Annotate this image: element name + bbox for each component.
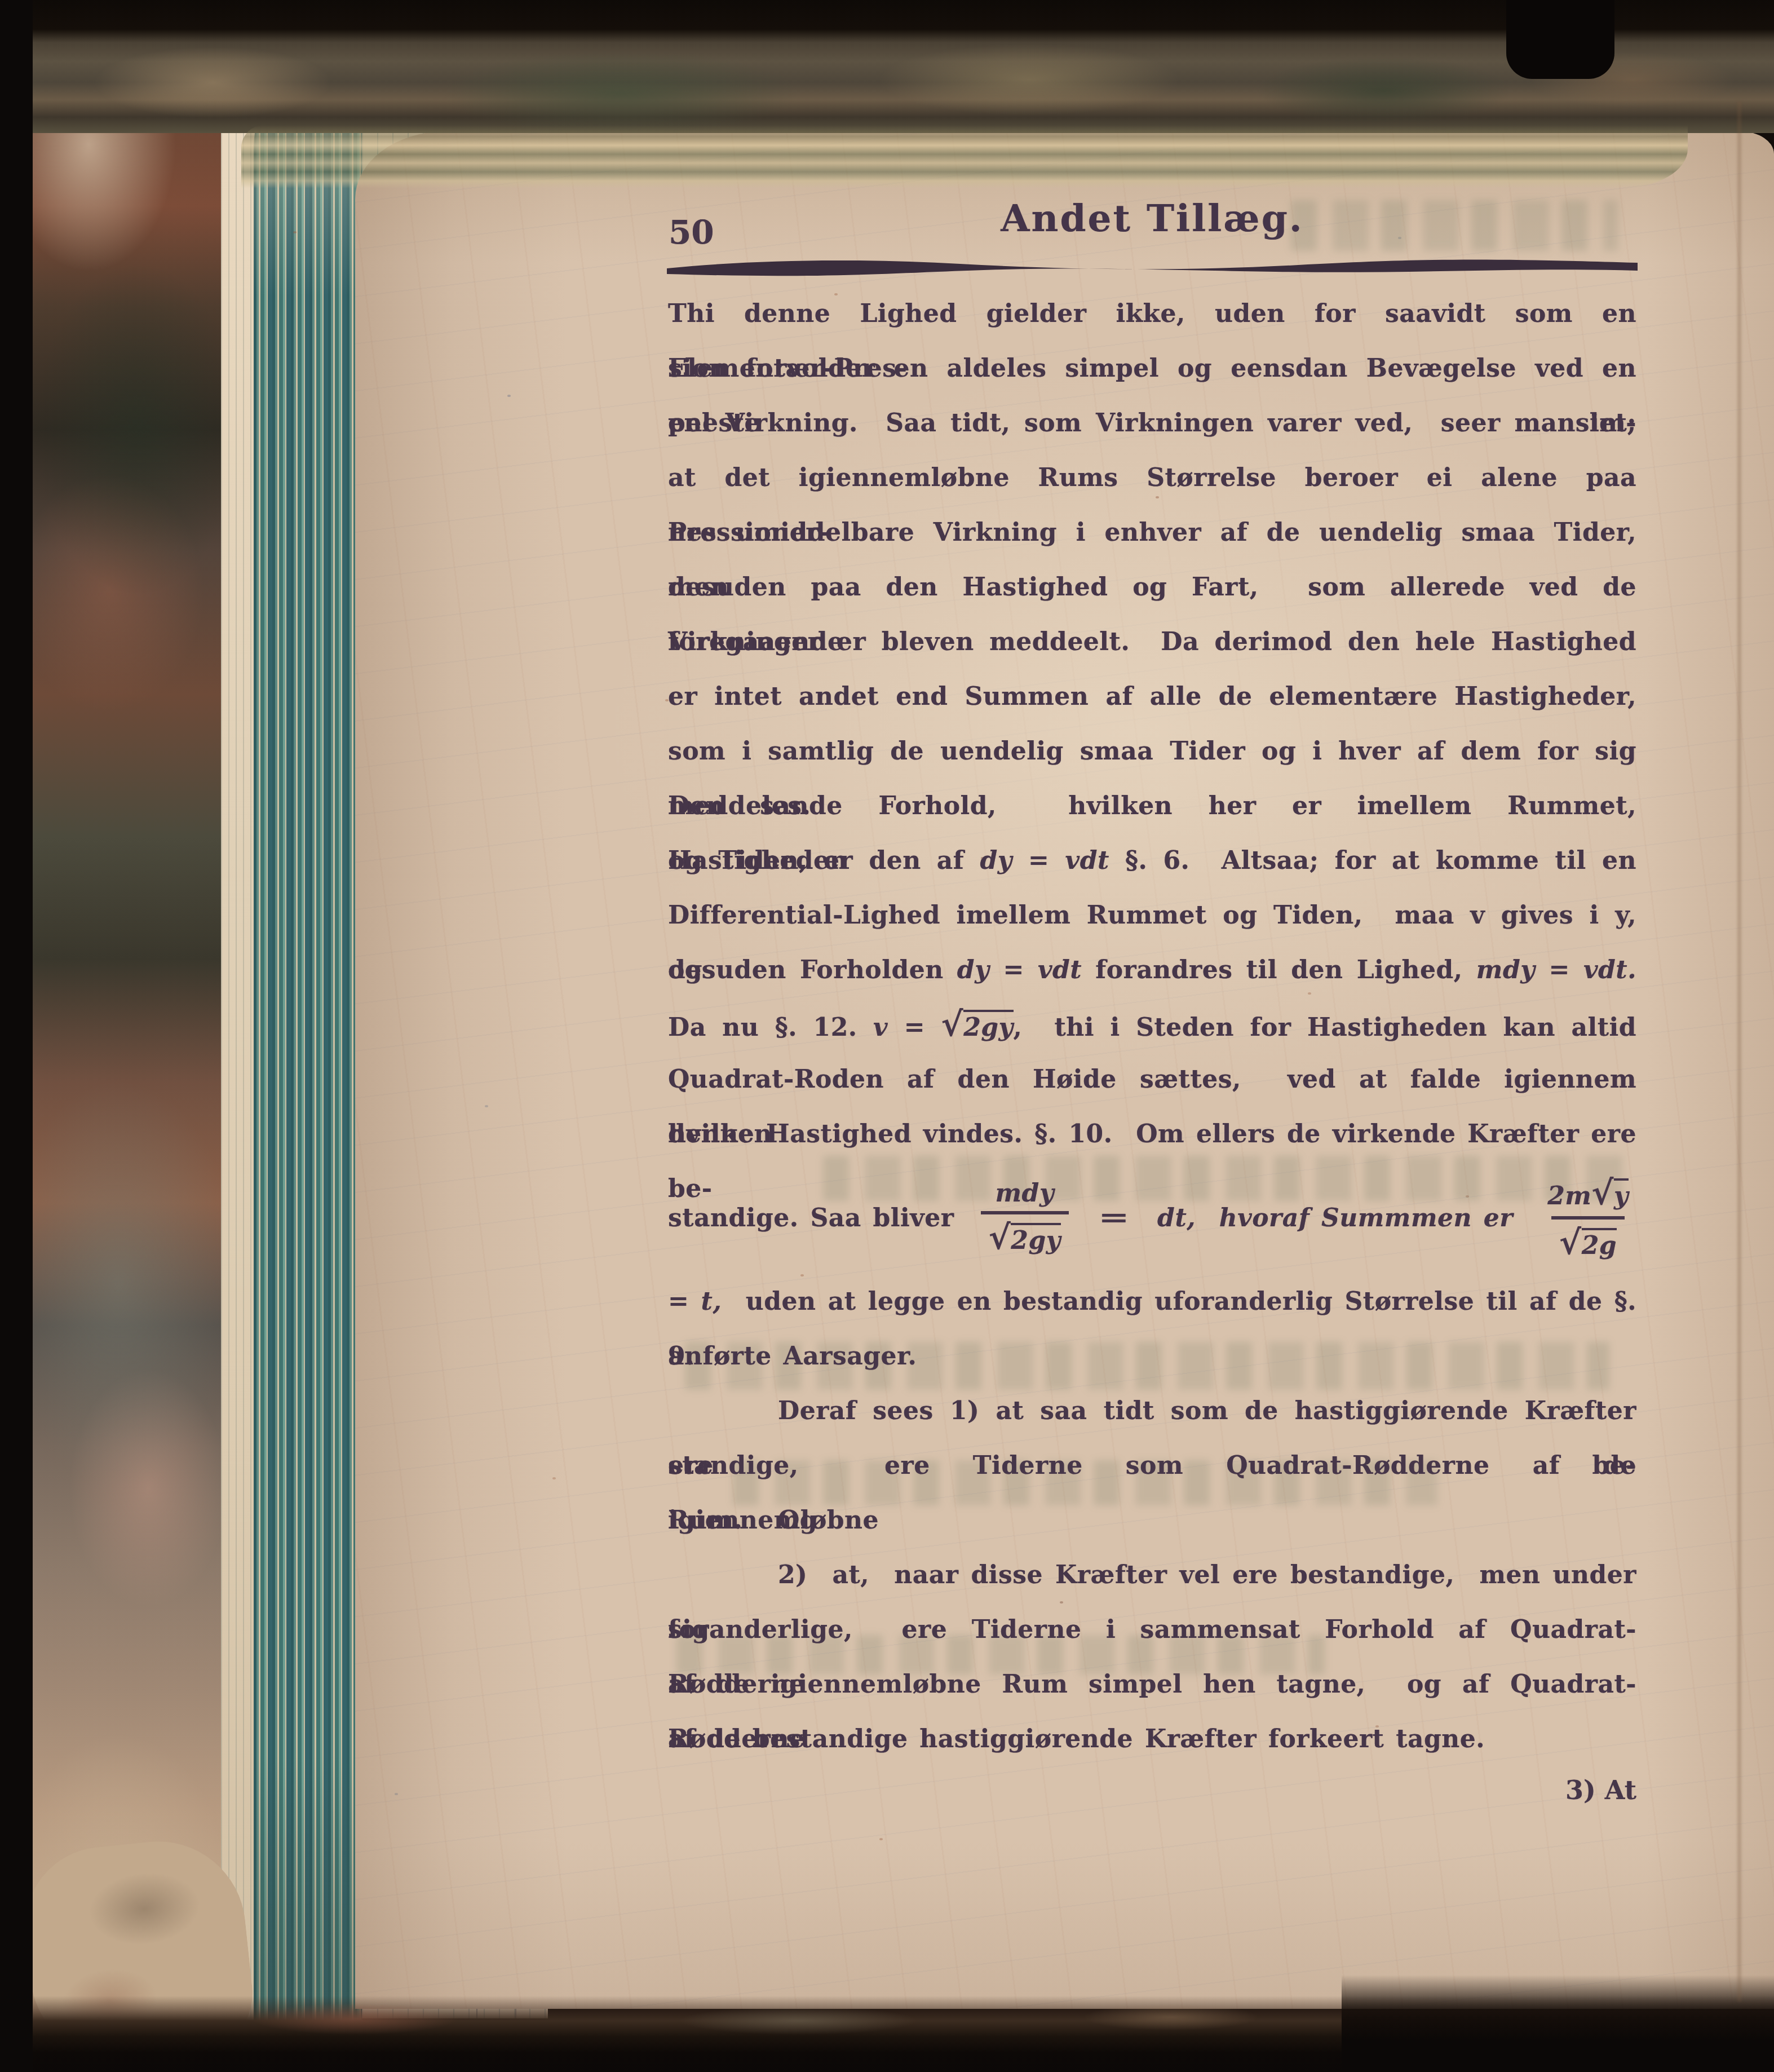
body-line-6: desuden paa den Hastighed og Fart, som a… bbox=[668, 560, 1636, 615]
radical-icon: √ bbox=[1591, 1173, 1614, 1213]
body-text: Thi denne Lighed gielder ikke, uden for … bbox=[668, 286, 1636, 1766]
inline-math: v = bbox=[873, 1013, 941, 1042]
bottom-right-shadow bbox=[1342, 1967, 1774, 2072]
catchword: 3) At bbox=[668, 1775, 1636, 1805]
body-line-10: Den sande Forhold, hvilken her er imelle… bbox=[668, 779, 1636, 833]
formula-mid-text: dt, hvoraf Summmen er bbox=[1157, 1204, 1513, 1232]
body-line-20: Deraf sees 1) at saa tidt som de hastigg… bbox=[668, 1384, 1636, 1438]
equals-sign: = bbox=[1098, 1204, 1127, 1232]
body-line-19: anførte Aarsager. bbox=[668, 1329, 1636, 1384]
radicand: 2gy bbox=[1011, 1223, 1060, 1255]
fraction-numerator: 2m√y bbox=[1539, 1173, 1636, 1216]
sqrt-expression: √y bbox=[1591, 1182, 1629, 1210]
body-line-4: at det igiennemløbne Rums Størrelse bero… bbox=[668, 450, 1636, 505]
body-line-22: Rum. Og bbox=[668, 1493, 1636, 1548]
fraction-mdy-over-sqrt2gy: mdy √2gy bbox=[981, 1179, 1069, 1257]
body-line-12: Differential-Lighed imellem Rummet og Ti… bbox=[668, 888, 1636, 943]
line-text: Virkninger er bleven meddeelt. Da derimo… bbox=[668, 628, 1636, 656]
line-text: , thi i Steden for Hastigheden kan altid bbox=[1014, 1013, 1636, 1042]
radicand: 2gy bbox=[963, 1010, 1013, 1042]
body-line-5: nes umiddelbare Virkning i enhver af de … bbox=[668, 505, 1636, 560]
fraction-denominator: √2g bbox=[1551, 1216, 1625, 1262]
running-header: Andet Tillæg. bbox=[668, 196, 1636, 240]
line-text: af de bestandige hastiggiørende Kræfter … bbox=[668, 1725, 1485, 1753]
body-line-18: = t, uden at legge en bestandig uforande… bbox=[668, 1274, 1636, 1329]
page-top-edge-streaks bbox=[241, 125, 1688, 188]
radical-icon: √ bbox=[941, 1005, 964, 1044]
radicand: y bbox=[1614, 1178, 1629, 1210]
body-line-15: Quadrat-Roden af den Høide sættes, ved a… bbox=[668, 1052, 1636, 1107]
inline-math: dy = vdt bbox=[980, 846, 1109, 875]
line-text: desuden Forholden bbox=[668, 956, 957, 984]
body-line-7: Virkninger er bleven meddeelt. Da derimo… bbox=[668, 615, 1636, 669]
fraction-denominator: √2gy bbox=[981, 1211, 1069, 1257]
marbled-cover-edge bbox=[29, 23, 228, 2058]
body-line-2: sion forvolder en aldeles simpel og eens… bbox=[668, 341, 1636, 396]
body-line-24: foranderlige, ere Tiderne i sammensat Fo… bbox=[668, 1602, 1636, 1657]
coefficient: 2m bbox=[1547, 1182, 1591, 1210]
top-right-dark-nick bbox=[1506, 0, 1614, 79]
body-line-3: pel Virkning. Saa tidt, som Virkningen v… bbox=[668, 396, 1636, 450]
fraction-2msqrty-over-sqrt2g: 2m√y √2g bbox=[1539, 1173, 1636, 1262]
sqrt-expression: √2g bbox=[1559, 1231, 1617, 1260]
body-line-26: af de bestandige hastiggiørende Kræfter … bbox=[668, 1712, 1636, 1766]
page-crease bbox=[1737, 101, 1741, 2002]
book-scan-canvas: 50 Andet Tillæg. Thi denne Lighed gielde… bbox=[0, 0, 1774, 2072]
radicand: 2g bbox=[1582, 1228, 1617, 1260]
fraction-numerator: mdy bbox=[988, 1179, 1062, 1211]
body-line-11: og Tiden, er den af dy = vdt §. 6. Altsa… bbox=[668, 833, 1636, 888]
formula-lead-text: standige. Saa bliver bbox=[668, 1204, 954, 1232]
line-text: §. 6. Altsaa; for at komme til en bbox=[1109, 846, 1636, 875]
sqrt-expression: √2gy bbox=[989, 1226, 1061, 1255]
body-line-25: af de igiennemløbne Rum simpel hen tagne… bbox=[668, 1657, 1636, 1712]
inline-math: = t, bbox=[668, 1287, 722, 1316]
inline-math: mdy = vdt. bbox=[1476, 956, 1636, 984]
body-line-16: denne Hastighed vindes. §. 10. Om ellers… bbox=[668, 1107, 1636, 1161]
body-line-1: Thi denne Lighed gielder ikke, uden for … bbox=[668, 286, 1636, 341]
line-text: Rum. Og bbox=[668, 1506, 817, 1535]
line-text: anførte Aarsager. bbox=[668, 1342, 917, 1371]
body-line-13: desuden Forholden dy = vdt forandres til… bbox=[668, 943, 1636, 997]
header-rule bbox=[667, 255, 1638, 277]
body-line-8: er intet andet end Summen af alle de ele… bbox=[668, 669, 1636, 724]
radical-icon: √ bbox=[1559, 1223, 1582, 1262]
line-text: pel Virkning. Saa tidt, som Virkningen v… bbox=[668, 409, 1636, 438]
radical-icon: √ bbox=[989, 1218, 1011, 1257]
body-line-9: som i samtlig de uendelig smaa Tider og … bbox=[668, 724, 1636, 779]
sqrt-expression: √2gy bbox=[941, 1013, 1014, 1042]
line-text: og Tiden, er den af bbox=[668, 846, 980, 875]
page-block-edges-white bbox=[221, 67, 257, 2023]
line-text: forandres til den Lighed, bbox=[1082, 956, 1476, 984]
page-block-edges-teal bbox=[254, 60, 362, 2030]
body-line-14: Da nu §. 12. v = √2gy, thi i Steden for … bbox=[668, 997, 1636, 1052]
line-text: er intet andet end Summen af alle de ele… bbox=[668, 682, 1636, 711]
body-line-21: standige, ere Tiderne som Quadrat-Rødder… bbox=[668, 1438, 1636, 1493]
header-rule-wave bbox=[667, 255, 1638, 277]
formula-line: standige. Saa bliver mdy √2gy = dt, hvor… bbox=[668, 1161, 1636, 1274]
inline-math: dy = vdt bbox=[957, 956, 1082, 984]
scan-background-edge bbox=[0, 0, 33, 2072]
line-text: Da nu §. 12. bbox=[668, 1013, 873, 1042]
body-line-23: 2) at, naar disse Kræfter vel ere bestan… bbox=[668, 1548, 1636, 1602]
